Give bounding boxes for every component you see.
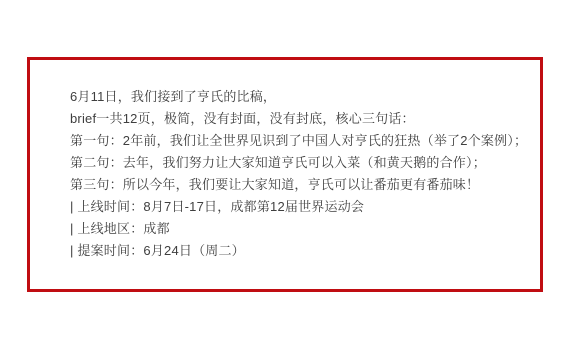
brief-line-overview: brief一共12页，极简，没有封面，没有封底，核心三句话： — [70, 108, 532, 130]
brief-line-sentence-3: 第三句：所以今年，我们要让大家知道，亨氏可以让番茄更有番茄味！ — [70, 174, 532, 196]
brief-text-block: 6月11日，我们接到了亨氏的比稿， brief一共12页，极简，没有封面，没有封… — [30, 60, 540, 262]
brief-line-intro: 6月11日，我们接到了亨氏的比稿， — [70, 86, 532, 108]
brief-line-launch-time: | 上线时间：8月7日-17日，成都第12届世界运动会 — [70, 196, 532, 218]
brief-line-launch-region: | 上线地区：成都 — [70, 218, 532, 240]
brief-line-pitch-date: | 提案时间：6月24日（周二） — [70, 240, 532, 262]
brief-line-sentence-2: 第二句：去年，我们努力让大家知道亨氏可以入菜（和黄天鹅的合作）； — [70, 152, 532, 174]
slide-red-border-frame: 6月11日，我们接到了亨氏的比稿， brief一共12页，极简，没有封面，没有封… — [27, 57, 543, 292]
brief-line-sentence-1: 第一句：2年前，我们让全世界见识到了中国人对亨氏的狂热（举了2个案例）； — [70, 130, 532, 152]
